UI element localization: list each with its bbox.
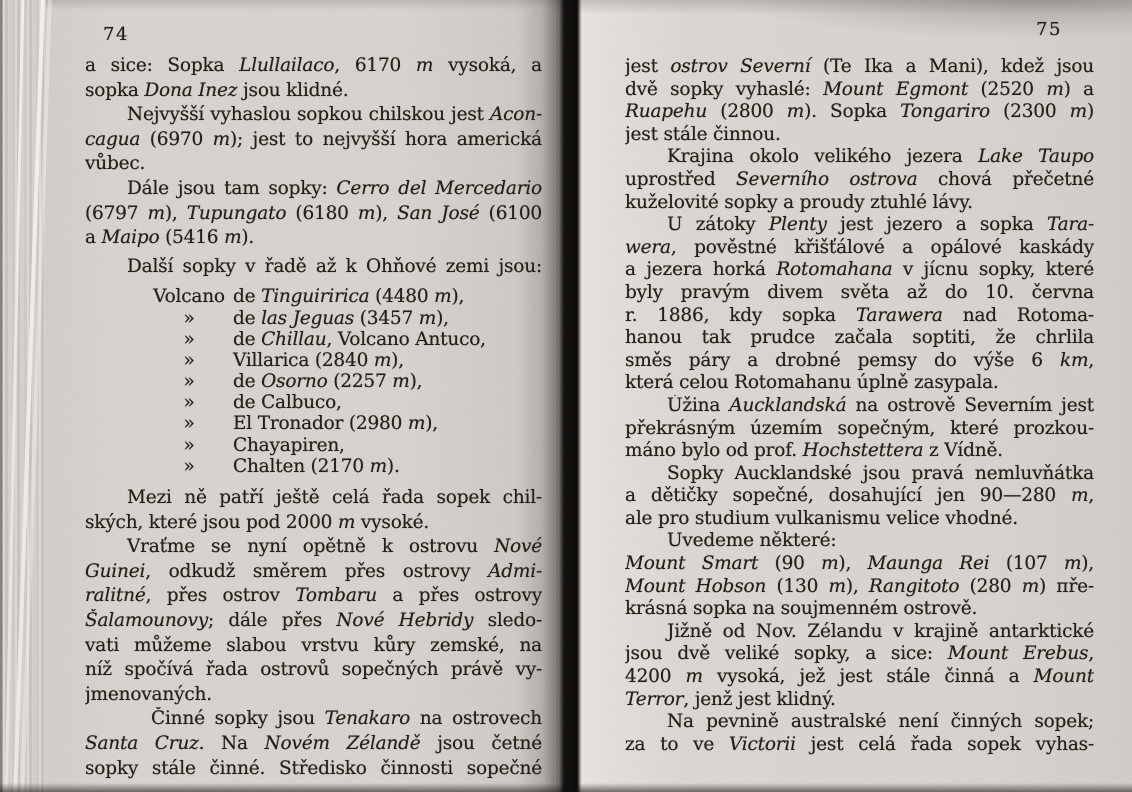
text-line: Jižně od Nov. Zélandu v krajině antarkti… [625, 621, 1094, 644]
list-marker: » [145, 392, 233, 413]
text-line: Na pevnině australské není činných sopek… [625, 711, 1094, 734]
text-line: byly pravým divem světa až do 10. června [625, 282, 1094, 305]
text-line: Další sopky v řadě až k Ohňové zemi jsou… [85, 255, 542, 280]
text-line: krásná sopka na soujmenném ostrově. [625, 598, 1094, 621]
text-column-right: jest ostrov Severní (Te Ika a Mani), kde… [625, 56, 1094, 756]
paragraph: Krajina okolo velikého jezera Lake Taupo… [625, 146, 1094, 214]
text-line: kuželovité sopky a proudy ztuhlé lávy. [625, 192, 1094, 215]
text-line: sopky stále činné. Středisko činnosti so… [85, 757, 542, 782]
list-item-text: de Chillau, Volcano Antuco, [233, 329, 486, 350]
list-item-text: de Calbuco, [233, 392, 342, 413]
paragraph: Činné sopky jsou Tenakaro na ostrovechSa… [85, 707, 542, 781]
page-number-left: 74 [103, 24, 129, 45]
text-line: Mount Smart (90 m), Maunga Rei (107 m), [625, 553, 1094, 576]
text-line: cagua (6970 m); jest to nejvyšší hora am… [85, 128, 542, 153]
list-marker: Volcano [145, 286, 233, 307]
text-line: Šalamounovy; dále přes Nové Hebridy sled… [85, 609, 542, 634]
text-line: Vraťme se nyní opětně k ostrovu Nové [85, 535, 542, 560]
paragraph: Další sopky v řadě až k Ohňové zemi jsou… [85, 255, 542, 280]
paragraph: Uvedeme některé: [625, 530, 1094, 553]
list-item: »Chalten (2170 m). [145, 456, 542, 477]
text-line: jsou dvě veliké sopky, a sice: Mount Ere… [625, 643, 1094, 666]
text-line: ale pro studium vulkanismu velice vhodné… [625, 508, 1094, 531]
book-spread: 74 75 a sice: Sopka Llullailaco, 6170 m … [0, 0, 1132, 792]
text-line: Nejvyšší vyhaslou sopkou chilskou jest A… [85, 103, 542, 128]
text-line: která celou Rotomahanu úplně zasypala. [625, 372, 1094, 395]
list-item: »Chayapiren, [145, 435, 542, 456]
paragraph: Mount Smart (90 m), Maunga Rei (107 m),M… [625, 553, 1094, 621]
text-line: sopka Dona Inez jsou klidné. [85, 79, 542, 104]
text-line: za to ve Victorii jest celá řada sopek v… [625, 734, 1094, 757]
text-line: Ruapehu (2800 m). Sopka Tongariro (2300 … [625, 101, 1094, 124]
text-line: vůbec. [85, 152, 542, 177]
text-line: směs páry a drobné pemsy do výše 6 km, [625, 350, 1094, 373]
paragraph: Mezi ně patří ještě celá řada sopek chil… [85, 486, 542, 535]
text-line: a sice: Sopka Llullailaco, 6170 m vysoká… [85, 54, 542, 79]
text-line: máno bylo od prof. Hochstettera z Vídně. [625, 440, 1094, 463]
text-line: wera, pověstné křišťálové a opálové kask… [625, 237, 1094, 260]
text-line: Guinei, odkudž směrem přes ostrovy Admi- [85, 560, 542, 585]
paragraph: Úžina Aucklandská na ostrově Severním je… [625, 395, 1094, 463]
list-item: »Villarica (2840 m), [145, 350, 542, 371]
text-line: a dětičky sopečné, dosahující jen 90—280… [625, 485, 1094, 508]
paragraph: Na pevnině australské není činných sopek… [625, 711, 1094, 756]
paragraph: a sice: Sopka Llullailaco, 6170 m vysoká… [85, 54, 542, 103]
paragraph: Vraťme se nyní opětně k ostrovu NovéGuin… [85, 535, 542, 707]
paragraph: U zátoky Plenty jest jezero a sopka Tara… [625, 214, 1094, 395]
text-line: jest stále činnou. [625, 124, 1094, 147]
text-line: hanou tak prudce začala soptiti, že chrl… [625, 327, 1094, 350]
paragraph: Nejvyšší vyhaslou sopkou chilskou jest A… [85, 103, 542, 177]
paragraph: Jižně od Nov. Zélandu v krajině antarkti… [625, 621, 1094, 711]
list-item: »de las Jeguas (3457 m), [145, 308, 542, 329]
paragraph: Dále jsou tam sopky: Cerro del Mercedari… [85, 177, 542, 251]
list-marker: » [145, 350, 233, 371]
text-line: Úžina Aucklandská na ostrově Severním je… [625, 395, 1094, 418]
list-item-text: Chayapiren, [233, 435, 345, 456]
list-item: Volcanode Tinguiririca (4480 m), [145, 286, 542, 307]
text-line: Sopky Aucklandské jsou pravá nemluvňátka [625, 463, 1094, 486]
list-item-text: Chalten (2170 m). [233, 456, 400, 477]
text-line: Mount Hobson (130 m), Rangitoto (280 m) … [625, 576, 1094, 599]
text-line: Uvedeme některé: [625, 530, 1094, 553]
paragraph: Sopky Aucklandské jsou pravá nemluvňátka… [625, 463, 1094, 531]
text-line: níž spočívá řada ostrovů sopečných právě… [85, 658, 542, 683]
text-line: Santa Cruz. Na Novém Zélandě jsou četné [85, 732, 542, 757]
list-item: »de Calbuco, [145, 392, 542, 413]
list-marker: » [145, 308, 233, 329]
volcano-list: Volcanode Tinguiririca (4480 m),»de las … [145, 286, 542, 477]
text-line: dvě sopky vyhaslé: Mount Egmont (2520 m)… [625, 79, 1094, 102]
text-column-left: a sice: Sopka Llullailaco, 6170 m vysoká… [85, 54, 542, 781]
list-item-text: de las Jeguas (3457 m), [233, 308, 449, 329]
text-line: Terror, jenž jest klidný. [625, 689, 1094, 712]
text-line: Dále jsou tam sopky: Cerro del Mercedari… [85, 177, 542, 202]
paragraph: jest ostrov Severní (Te Ika a Mani), kde… [625, 56, 1094, 146]
list-item-text: de Osorno (2257 m), [233, 371, 422, 392]
page-edge-stack [0, 0, 46, 792]
list-item: »El Tronador (2980 m), [145, 413, 542, 434]
list-item-text: El Tronador (2980 m), [233, 413, 438, 434]
text-line: a jezera horká Rotomahana v jícnu sopky,… [625, 259, 1094, 282]
list-marker: » [145, 329, 233, 350]
page-number-right: 75 [1036, 19, 1062, 40]
list-item: »de Osorno (2257 m), [145, 371, 542, 392]
text-line: U zátoky Plenty jest jezero a sopka Tara… [625, 214, 1094, 237]
text-line: a Maipo (5416 m). [85, 226, 542, 251]
list-item: »de Chillau, Volcano Antuco, [145, 329, 542, 350]
text-line: 4200 m vysoká, jež jest stále činná a Mo… [625, 666, 1094, 689]
list-marker: » [145, 413, 233, 434]
text-line: ských, které jsou pod 2000 m vysoké. [85, 511, 542, 536]
list-item-text: Villarica (2840 m), [233, 350, 404, 371]
text-line: uprostřed Severního ostrova chová přečet… [625, 169, 1094, 192]
text-line: vati můžeme slabou vrstvu kůry zemské, n… [85, 634, 542, 659]
list-marker: » [145, 435, 233, 456]
text-line: jest ostrov Severní (Te Ika a Mani), kde… [625, 56, 1094, 79]
text-line: Činné sopky jsou Tenakaro na ostrovech [85, 707, 542, 732]
text-line: ralitné, přes ostrov Tombaru a přes ostr… [85, 584, 542, 609]
text-line: jmenovaných. [85, 683, 542, 708]
text-line: r. 1886, kdy sopka Tarawera nad Rotoma- [625, 305, 1094, 328]
text-line: Mezi ně patří ještě celá řada sopek chil… [85, 486, 542, 511]
list-marker: » [145, 456, 233, 477]
list-item-text: de Tinguiririca (4480 m), [233, 286, 464, 307]
list-marker: » [145, 371, 233, 392]
text-line: (6797 m), Tupungato (6180 m), San José (… [85, 202, 542, 227]
text-line: překrásným územím sopečným, které prozko… [625, 418, 1094, 441]
text-line: Krajina okolo velikého jezera Lake Taupo [625, 146, 1094, 169]
